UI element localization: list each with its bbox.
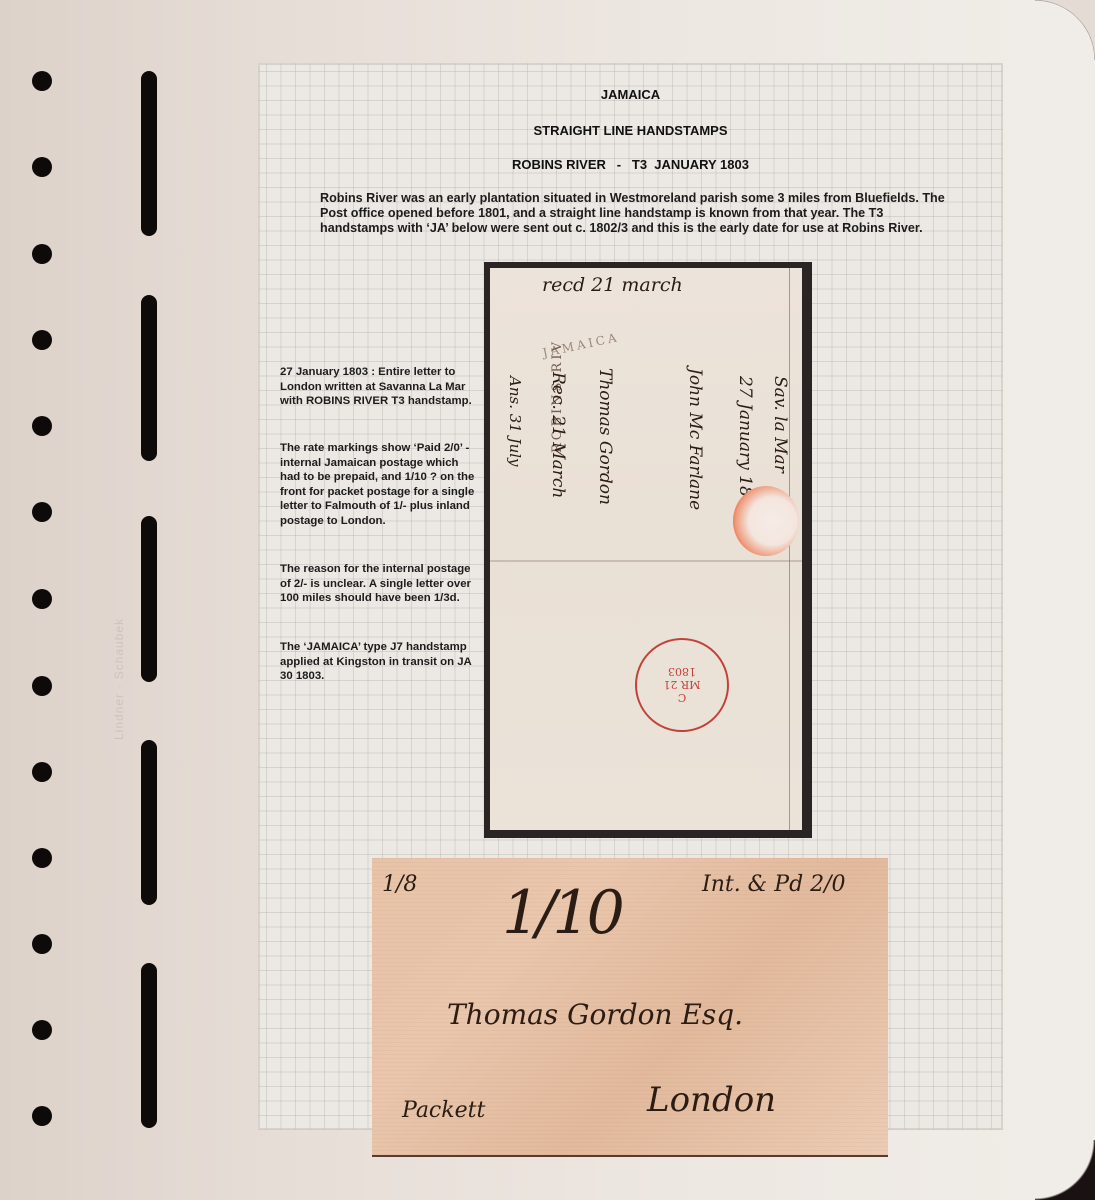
- page-title-country: JAMAICA: [258, 87, 1003, 102]
- binder-slot: [141, 516, 157, 682]
- punch-hole: [32, 416, 52, 436]
- letter-fold-line: [490, 560, 802, 562]
- description-paragraph-1: 27 January 1803 : Entire letter to Londo…: [280, 365, 475, 409]
- punch-hole: [32, 71, 52, 91]
- red-wax-seal: [733, 486, 799, 556]
- docket-line-1: Sav. la Mar: [770, 376, 790, 473]
- binder-slot: [141, 740, 157, 905]
- album-page: Lindner · Schaubek JAMAICA STRAIGHT LINE…: [0, 0, 1095, 1200]
- letter-back-mount: recd 21 march JAMAICA ROBINS RIV Sav. la…: [484, 262, 812, 838]
- description-paragraph-4: The ‘JAMAICA’ type J7 handstamp applied …: [280, 640, 475, 684]
- punch-hole: [32, 1106, 52, 1126]
- binder-slot: [141, 295, 157, 461]
- cds-line-1: C: [678, 692, 686, 705]
- cds-line-3: 1803: [668, 666, 696, 679]
- page-corner-top-right: [1035, 0, 1095, 60]
- letter-edge: [789, 268, 790, 830]
- page-title-section: STRAIGHT LINE HANDSTAMPS: [258, 123, 1003, 138]
- docket-line-5: Rec. 21 March: [548, 372, 568, 498]
- punch-hole: [32, 934, 52, 954]
- docket-line-4: Thomas Gordon: [595, 368, 615, 505]
- binder-slot: [141, 71, 157, 236]
- docket-line-6: Ans. 31 July: [506, 376, 524, 467]
- punch-hole: [32, 762, 52, 782]
- addressee: Thomas Gordon Esq.: [447, 998, 743, 1031]
- london-arrival-cds: C MR 21 1803: [635, 638, 729, 732]
- receipt-docket: recd 21 march: [542, 274, 683, 296]
- docket-line-3: John Mc Farlane: [685, 368, 705, 510]
- punch-hole: [32, 502, 52, 522]
- entire-letter-back: recd 21 march JAMAICA ROBINS RIV Sav. la…: [490, 268, 802, 830]
- page-corner-bottom-right: [1035, 1140, 1095, 1200]
- punch-hole: [32, 1020, 52, 1040]
- rate-marking-main: 1/10: [502, 878, 621, 948]
- destination: London: [647, 1080, 776, 1120]
- punch-hole: [32, 157, 52, 177]
- binder-slot: [141, 963, 157, 1128]
- punch-hole: [32, 848, 52, 868]
- route-packett: Packett: [402, 1098, 485, 1123]
- punch-hole: [32, 589, 52, 609]
- punch-hole: [32, 676, 52, 696]
- punch-hole: [32, 330, 52, 350]
- intro-paragraph: Robins River was an early plantation sit…: [320, 191, 960, 236]
- description-paragraph-3: The reason for the internal postage of 2…: [280, 562, 475, 606]
- album-watermark: Lindner · Schaubek: [112, 500, 132, 740]
- description-paragraph-2: The rate markings show ‘Paid 2/0’ - inte…: [280, 441, 475, 528]
- entire-letter-front: 1/8 1/10 Int. & Pd 2/0 Thomas Gordon Esq…: [372, 858, 888, 1155]
- punch-hole: [32, 244, 52, 264]
- page-title-subject: ROBINS RIVER - T3 JANUARY 1803: [258, 157, 1003, 172]
- rate-marking-left: 1/8: [382, 872, 417, 897]
- cds-line-2: MR 21: [663, 679, 700, 692]
- rate-marking-paid: Int. & Pd 2/0: [702, 872, 846, 897]
